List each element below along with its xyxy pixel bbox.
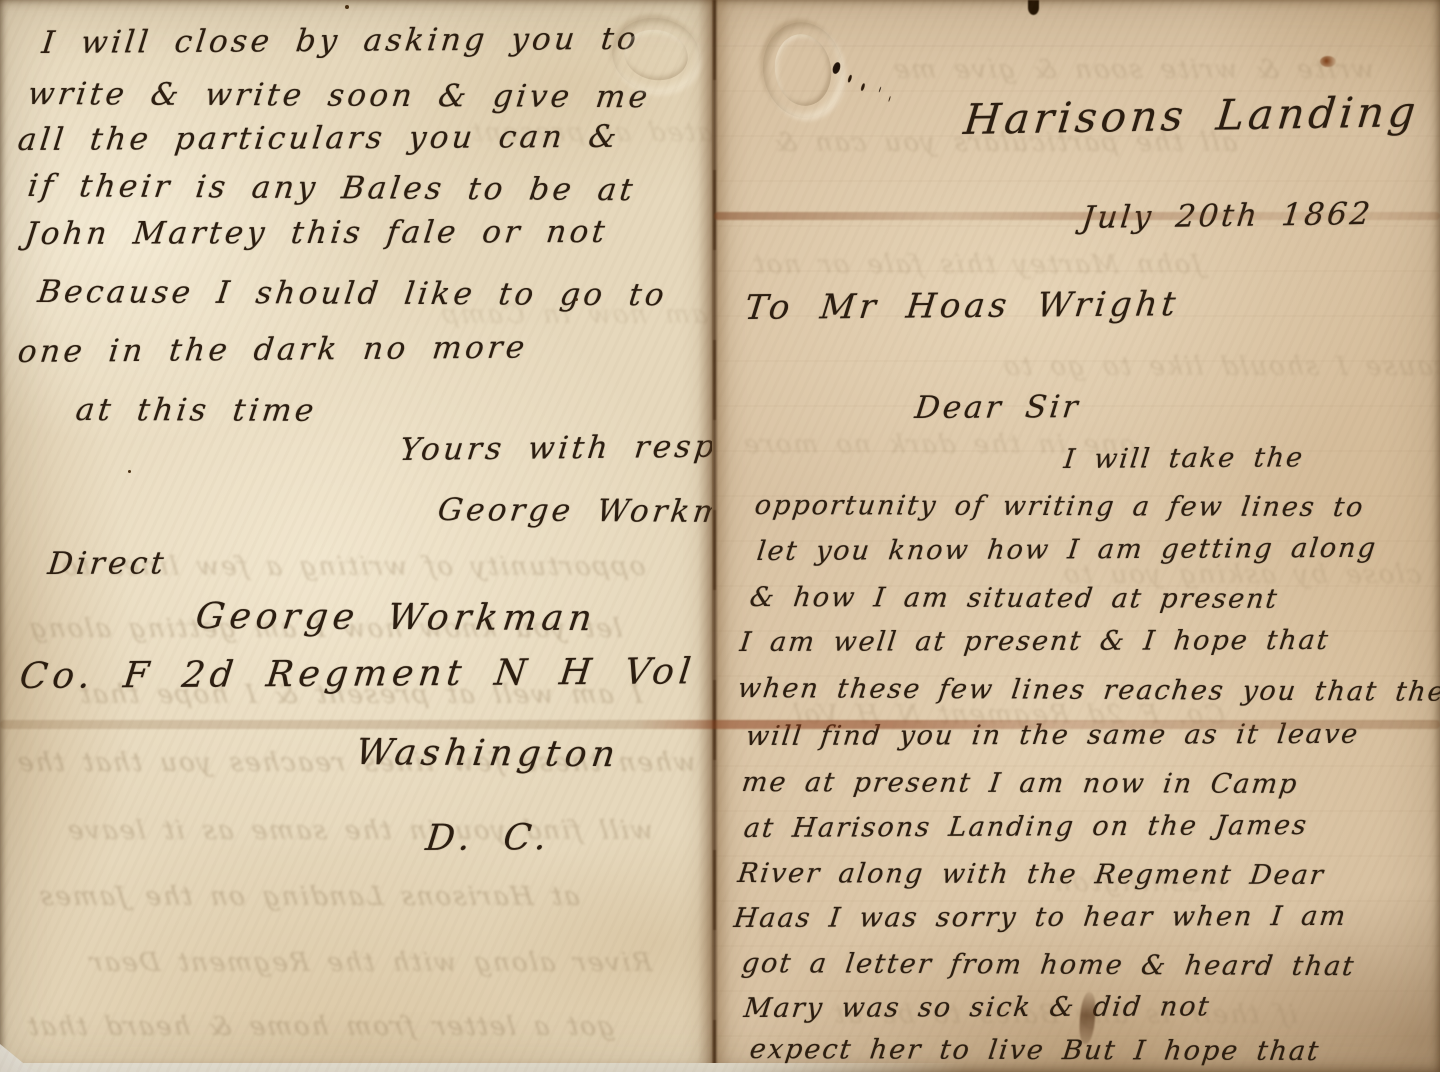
- bleed-through-text: John Martey this fale or not: [750, 250, 1204, 280]
- bleed-through-text: write & write soon & give me: [890, 55, 1376, 85]
- address-name: George Workman: [193, 596, 599, 639]
- body-line: let you know how I am getting along: [755, 533, 1379, 567]
- rust-stain: [1320, 56, 1336, 67]
- date-line: July 20th 1862: [1080, 196, 1375, 236]
- letter-page-left: & how I am situated at present me at pre…: [0, 0, 712, 1072]
- scanned-letter: & how I am situated at present me at pre…: [0, 0, 1440, 1072]
- place-heading: Harisons Landing: [961, 87, 1421, 144]
- direct-label: Direct: [46, 545, 169, 582]
- bleed-through-text: River along with the Regment Dear: [86, 948, 654, 978]
- body-line: Mary was so sick & did not: [742, 991, 1212, 1024]
- body-line: opportunity of writing a few lines to: [753, 490, 1366, 523]
- body-line: & how I am situated at present: [748, 582, 1280, 615]
- body-line: will find you in the same as it leave: [744, 719, 1361, 752]
- body-line: at this time: [74, 392, 319, 429]
- body-line: at Harisons Landing on the James: [742, 810, 1310, 844]
- paper-speck: [345, 5, 349, 9]
- address-city: Washington: [353, 732, 622, 775]
- ink-mark: [1028, 0, 1039, 15]
- bleed-through-text: got a letter from home & heard that: [24, 1012, 616, 1042]
- bleed-through-text: at Harisons Landing on the James: [36, 882, 581, 912]
- body-line: John Martey this fale or not: [23, 214, 610, 252]
- paper-speck: [575, 298, 578, 301]
- salutation: Dear Sir: [913, 389, 1083, 426]
- body-line: when these few lines reaches you that th…: [736, 673, 1440, 708]
- letter-page-right: write & write soon & give me all the par…: [712, 0, 1440, 1072]
- body-line: if their is any Bales to be at: [26, 168, 638, 208]
- scanner-edge-strip: [0, 1063, 965, 1072]
- body-line: River along with the Regment Dear: [736, 858, 1327, 891]
- body-line: one in the dark no more: [16, 330, 530, 370]
- body-line: I will close by asking you to: [40, 21, 642, 61]
- body-line: I am well at present & I hope that: [738, 625, 1331, 658]
- bleed-through-text: Because I should like to go to: [1000, 352, 1440, 382]
- address-district: D. C.: [424, 817, 554, 859]
- body-line: write & write soon & give me: [26, 76, 653, 115]
- bleed-through-text: will find you in the same as it leave: [64, 816, 655, 846]
- paper-speck: [128, 470, 131, 473]
- recipient-line: To Mr Hoas Wright: [743, 284, 1182, 328]
- body-line: got a letter from home & heard that: [740, 948, 1357, 982]
- opening-phrase: I will take the: [1062, 442, 1306, 475]
- body-line: me at present I am now in Camp: [740, 767, 1300, 800]
- body-line: all the particulars you can &: [16, 119, 622, 158]
- body-line: Because I should like to go to: [36, 274, 670, 313]
- address-regiment: Co. F 2d Regment N H Vol: [18, 651, 698, 697]
- closing-line: Yours with respe: [398, 428, 741, 468]
- body-line: Haas I was sorry to hear when I am: [732, 901, 1349, 934]
